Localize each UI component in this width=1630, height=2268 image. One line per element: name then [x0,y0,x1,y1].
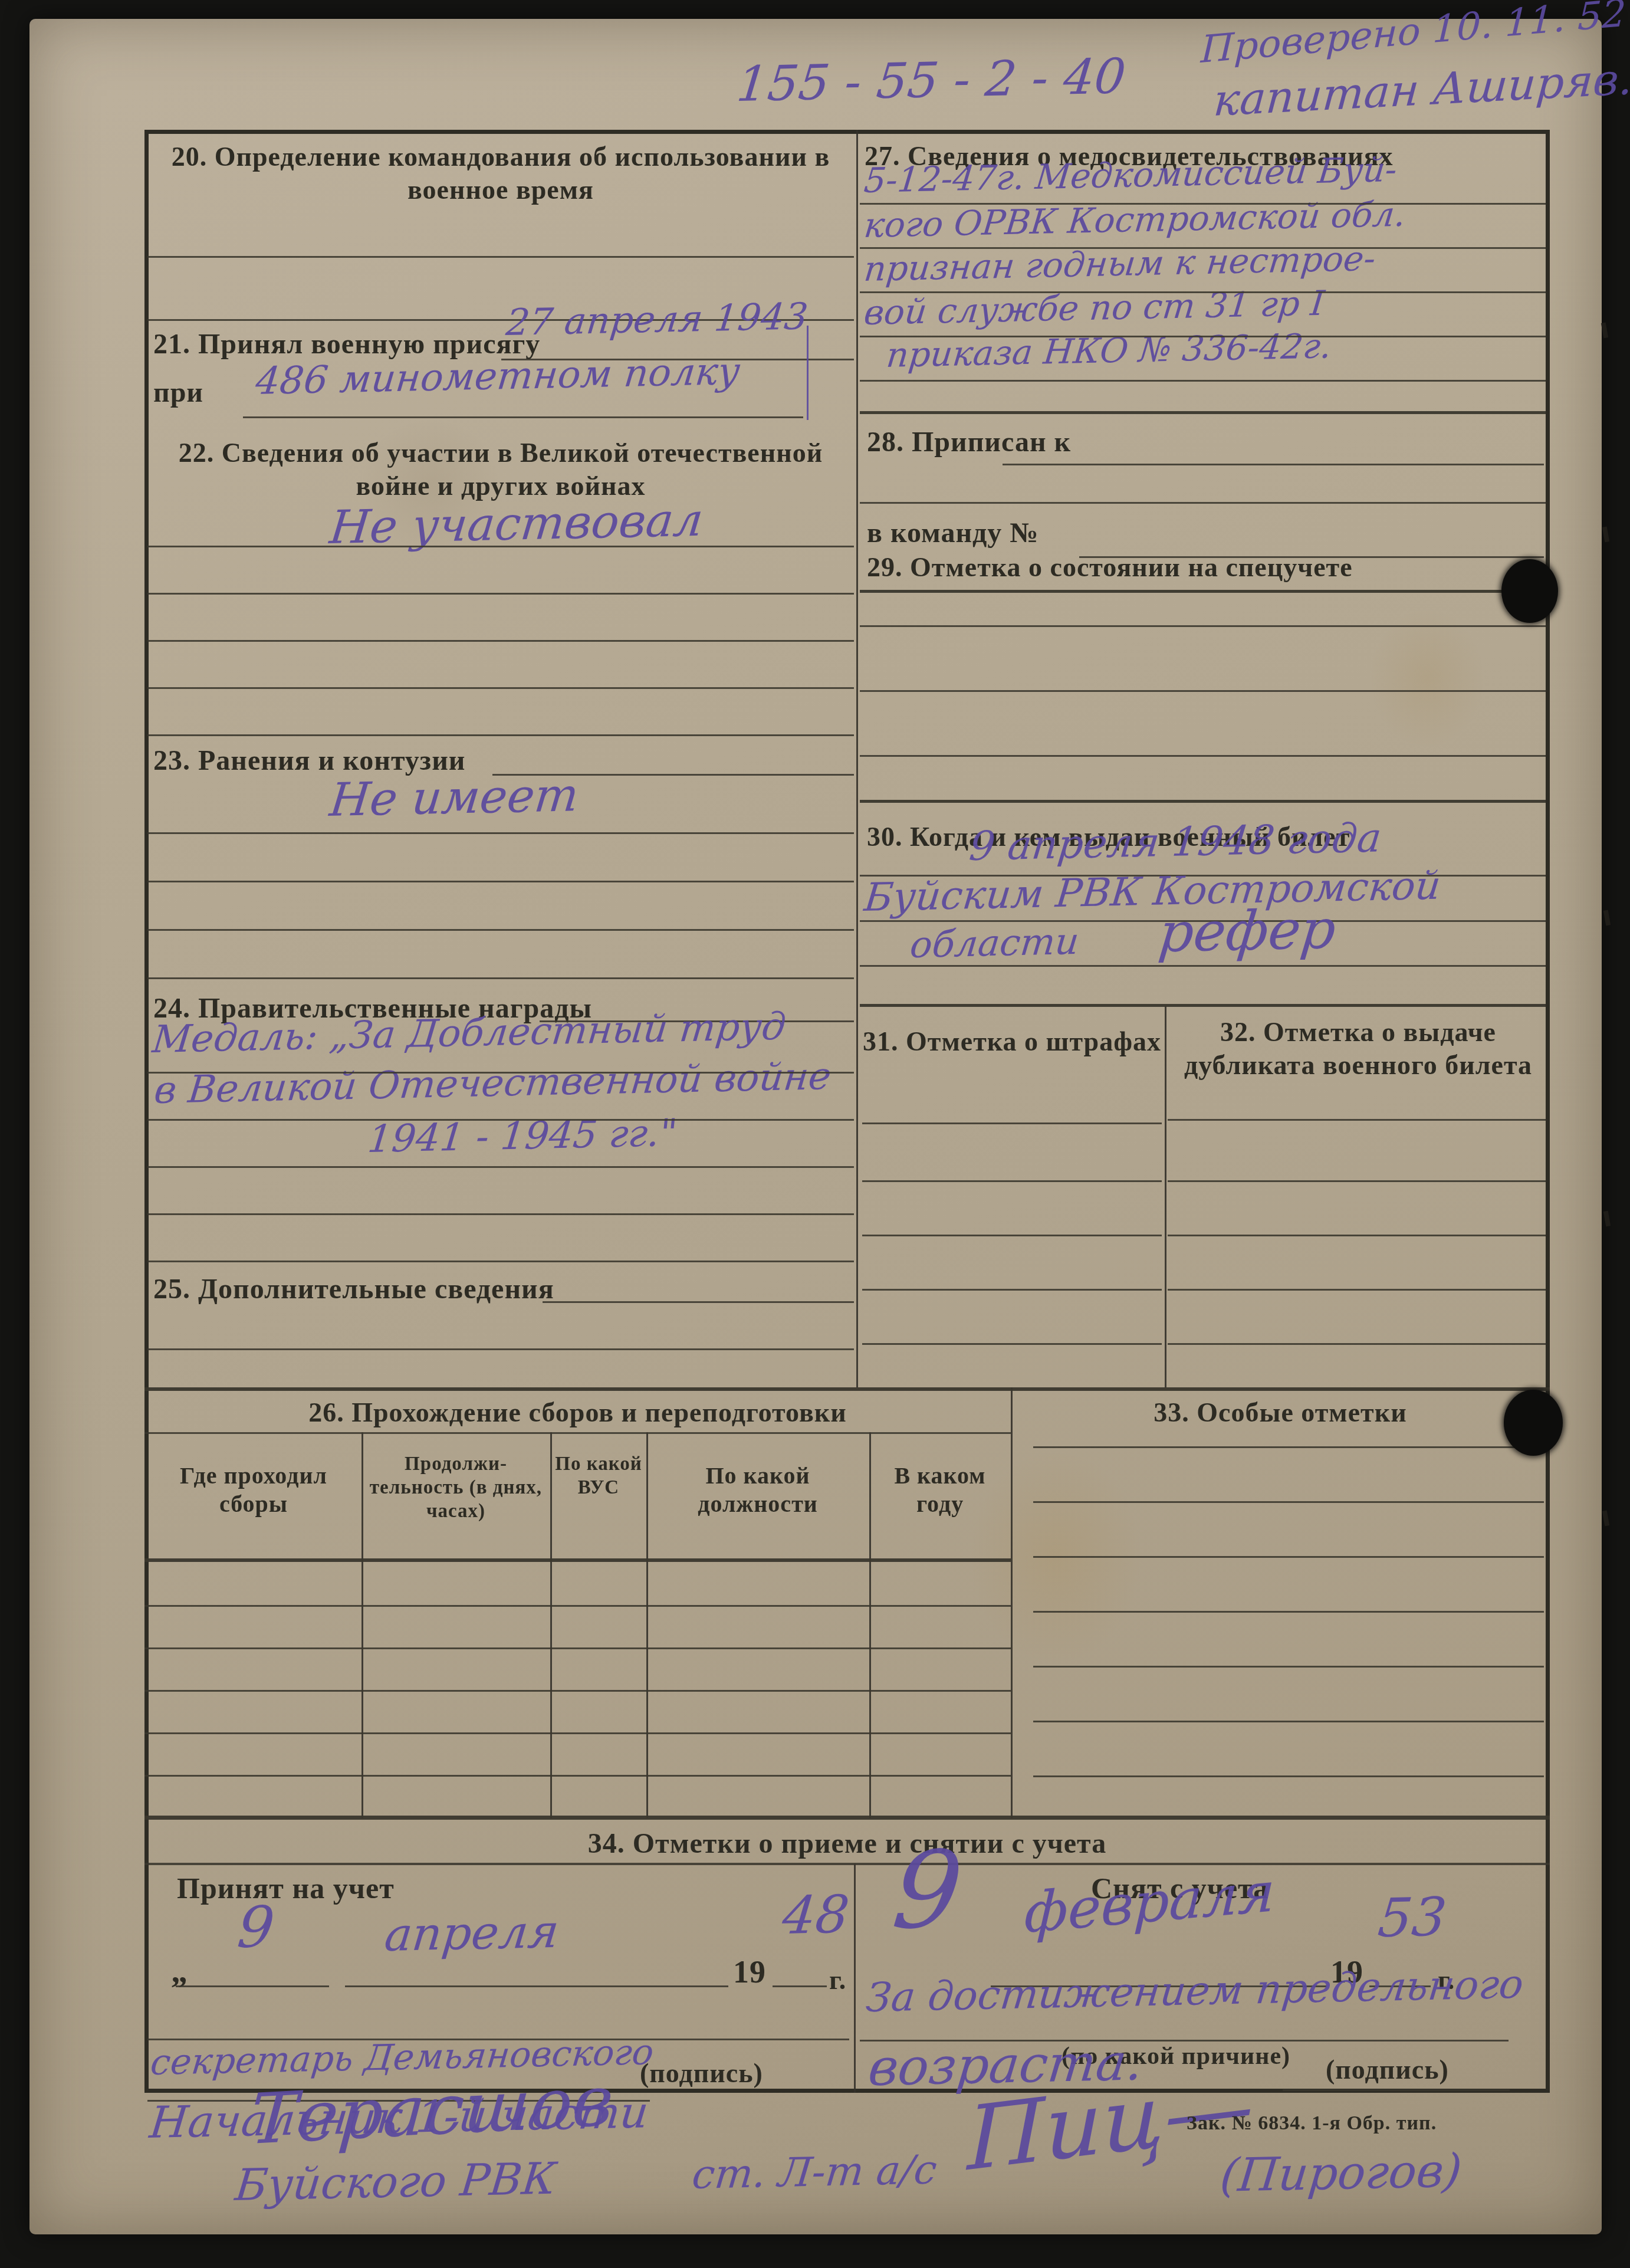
section-22-title: 22. Сведения об участии в Великой отечес… [149,436,853,503]
section-28-line [1003,464,1544,465]
removed-sign-line [1283,2089,1510,2091]
section-26-title: 26. Прохождение сборов и переподготовки [144,1397,1011,1428]
section-28-team-label: в команду № [867,517,1039,550]
hole-punch [1504,1390,1563,1456]
accepted-year-suffix: г. [829,1964,846,1995]
removed-year: 53 [1375,1886,1449,1949]
print-code: Зак. № 6834. 1-я Обр. тип. [1187,2112,1437,2135]
section-28-line [860,502,1546,504]
section-21-line [243,416,803,418]
table-col-header-year: В каком году [873,1462,1007,1518]
accepted-month-line [345,1985,728,1987]
section-25-line [147,1348,854,1350]
column-divider [856,130,858,1387]
section-29-bottom [860,800,1546,803]
page-edge-mark [1602,1511,1609,1527]
scanned-military-registration-card: 155 - 55 - 2 - 40 Проверено 10. 11. 52 к… [0,0,1630,2268]
section-24-lines [147,1026,854,1262]
accepted-month: апреля [382,1905,561,1962]
table-col-header-duration: Продолжи-тельность (в днях, часах) [366,1452,546,1523]
section-31-title: 31. Отметка о штрафах [862,1025,1162,1058]
section-boundary [144,1816,1550,1820]
table-col-header-place: Где проходил сборы [150,1462,357,1518]
removed-day: 9 [888,1829,968,1953]
section-29-line [860,755,1546,757]
section-27-bottom [860,411,1546,414]
section-30-line [860,965,1546,967]
archive-number-handwriting: 155 - 55 - 2 - 40 [734,48,1128,113]
section-21-label-at: при [153,376,203,409]
section-29-title: 29. Отметка о состоянии на спецучете [867,552,1353,583]
footer-signature-name: (Пирогов) [1218,2144,1464,2203]
divider-31-32 [1165,1006,1166,1387]
accepted-day-line [176,1985,329,1987]
footer-chief-line1: Начальник 1-й части [147,2087,651,2148]
table-header-underline [144,1558,1011,1562]
accepted-year-line [773,1985,827,1987]
section-32-line [1168,1119,1546,1121]
section-32-lines [1168,1128,1546,1345]
section-27-lines [860,160,1546,382]
accepted-sign-label: (подпись) [640,2057,763,2089]
section-22-lines [147,500,854,736]
section-23-lines [147,786,854,979]
section-25-line [543,1301,854,1303]
section-21-ink-stroke [807,326,809,420]
page-edge-mark [1602,527,1609,543]
page-edge-mark [1603,910,1611,926]
section-21-oath-date: 27 апреля 1943 [504,294,810,344]
table-row-lines [144,1564,1011,1777]
page-edge-mark [1603,1211,1611,1227]
section-30-region: области [908,920,1081,966]
section-30-bottom [860,1004,1546,1007]
section-boundary [144,1387,1550,1391]
table-col-header-vus: По какой ВУС [554,1452,643,1499]
hole-punch [1501,559,1558,623]
accepted-day: 9 [235,1894,278,1961]
table-header-top [144,1432,1011,1434]
section-32-title: 32. Отметка о выдаче дубликата военного … [1171,1016,1546,1082]
page-edge-mark [1601,323,1608,339]
removed-sign-label: (подпись) [1326,2054,1449,2085]
divider-34 [854,1864,856,2093]
footer-chief-line2: Буйского РВК [233,2154,558,2211]
section-30-issue-date: 9 апреля 1948 года [967,815,1383,870]
section-25-title: 25. Дополнительные сведения [153,1273,554,1306]
section-34-title: 34. Отметки о приеме и снятии с учета [144,1827,1550,1860]
accepted-year: 48 [780,1884,852,1946]
table-right-edge [1011,1387,1013,1818]
section-34-underline [144,1863,1550,1865]
section-28-label: 28. Приписан к [867,426,1071,459]
section-28-bottom [860,590,1546,593]
section-29-line [860,690,1546,692]
section-31-line [862,1122,1162,1124]
accepted-year-prefix: 19 [733,1954,766,1991]
table-col-header-position: По какой должности [650,1462,865,1518]
section-29-line [860,625,1546,627]
accepted-label: Принят на учет [177,1871,395,1905]
section-31-lines [862,1128,1162,1345]
section-33-lines [1033,1393,1544,1777]
footer-rank: ст. Л-т а/с [690,2146,939,2198]
section-30-signature: рефер [1156,898,1339,964]
